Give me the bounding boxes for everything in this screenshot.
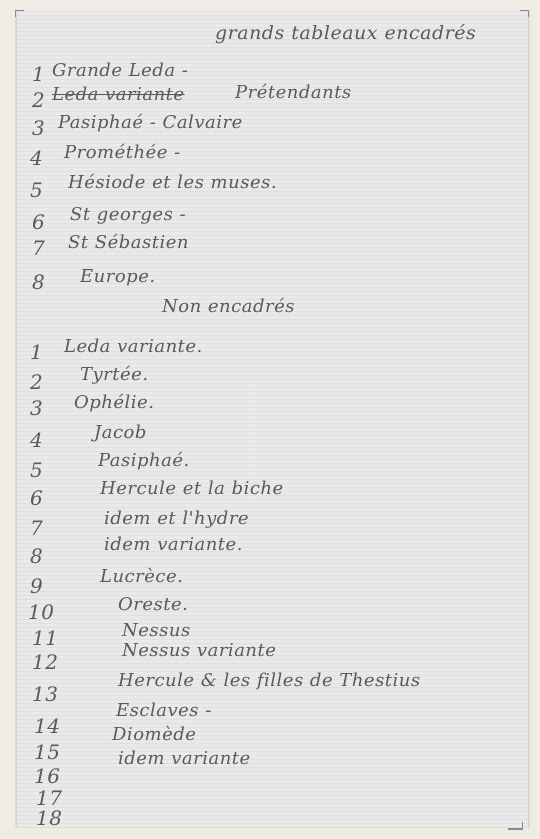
item-number: 13	[32, 682, 58, 706]
corner-mark	[508, 822, 523, 830]
item-text: St georges -	[70, 204, 186, 225]
item-text: Hercule et la biche	[100, 478, 284, 499]
item-text: Pasiphaé - Calvaire	[58, 112, 243, 133]
section-header: Non encadrés	[162, 296, 295, 317]
item-number: 6	[30, 486, 43, 510]
item-text: Lucrèce.	[100, 566, 183, 587]
item-text-struck: Leda variante	[52, 84, 185, 105]
item-number: 7	[32, 236, 45, 260]
list-header: grands tableaux encadrés	[215, 22, 476, 44]
item-text: St Sébastien	[68, 232, 189, 253]
item-text: Tyrtée.	[80, 364, 149, 385]
item-text: Ophélie.	[74, 392, 154, 413]
item-number: 18	[36, 806, 62, 830]
item-text: Prométhée -	[64, 142, 181, 163]
item-number: 1	[32, 62, 45, 86]
item-number: 11	[32, 626, 58, 650]
item-text: Hercule & les filles de Thestius	[118, 670, 421, 691]
item-number: 15	[34, 740, 60, 764]
item-number: 2	[30, 370, 43, 394]
item-text: Europe.	[80, 266, 156, 287]
item-text: Leda variante.	[64, 336, 203, 357]
item-text: Pasiphaé.	[98, 450, 190, 471]
corner-mark	[520, 10, 529, 17]
item-text: Oreste.	[118, 594, 188, 615]
item-number: 8	[30, 544, 43, 568]
item-text: Grande Leda -	[52, 60, 188, 81]
item-number: 2	[32, 88, 45, 112]
item-number: 8	[32, 270, 45, 294]
item-text: Hésiode et les muses.	[68, 172, 277, 193]
item-number: 9	[30, 574, 43, 598]
item-number: 4	[30, 428, 43, 452]
corner-mark	[15, 10, 24, 17]
item-text: Prétendants	[235, 82, 352, 103]
item-number: 10	[28, 600, 54, 624]
item-number: 6	[32, 210, 45, 234]
item-number: 3	[30, 396, 43, 420]
item-text: idem et l'hydre	[104, 508, 249, 529]
item-number: 5	[30, 178, 43, 202]
item-number: 1	[30, 340, 43, 364]
item-text: Esclaves -	[116, 700, 212, 721]
item-number: 7	[30, 516, 43, 540]
item-text: Nessus variante	[122, 640, 276, 661]
item-text: Nessus	[122, 620, 191, 641]
item-number: 14	[34, 714, 60, 738]
item-number: 5	[30, 458, 43, 482]
item-text: idem variante.	[104, 534, 243, 555]
item-text: idem variante	[118, 748, 251, 769]
item-number: 16	[34, 764, 60, 788]
item-number: 12	[32, 650, 58, 674]
item-number: 3	[32, 116, 45, 140]
item-number: 4	[30, 146, 43, 170]
item-text: Jacob	[94, 422, 147, 443]
item-text: Diomède	[112, 724, 196, 745]
manuscript-sheet	[16, 12, 529, 827]
